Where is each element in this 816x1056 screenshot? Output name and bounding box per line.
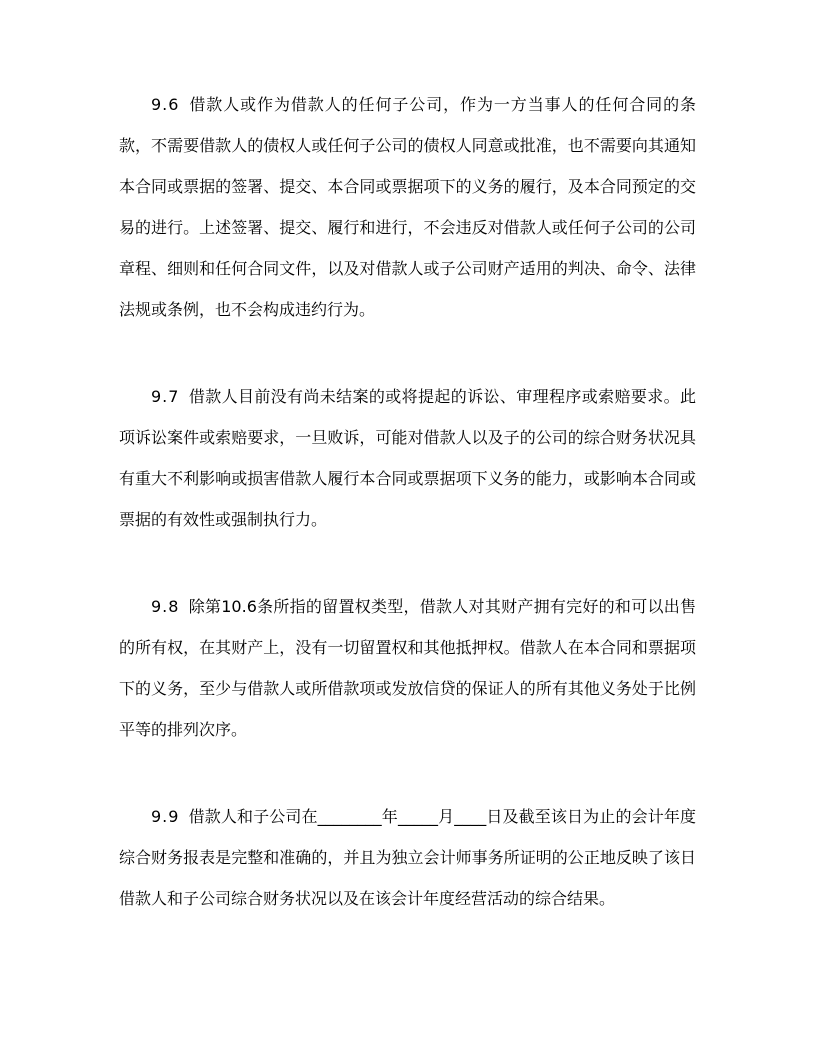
document-page: 9.6借款人或作为借款人的任何子公司，作为一方当事人的任何合同的条款，不需要借款…	[0, 0, 816, 1056]
clause-9-6: 9.6借款人或作为借款人的任何子公司，作为一方当事人的任何合同的条款，不需要借款…	[119, 84, 696, 330]
clause-9-9: 9.9借款人和子公司在________年_____月____日及截至该日为止的会…	[119, 796, 696, 919]
clause-text: 借款人或作为借款人的任何子公司，作为一方当事人的任何合同的条款，不需要借款人的债…	[119, 95, 696, 319]
clause-number: 9.6	[151, 95, 179, 114]
clause-text: 借款人目前没有尚未结案的或将提起的诉讼、审理程序或索赔要求。此项诉讼案件或索赔要…	[119, 387, 696, 529]
clause-text: 除第10.6条所指的留置权类型，借款人对其财产拥有完好的和可以出售的所有权，在其…	[119, 597, 696, 739]
clause-9-8: 9.8除第10.6条所指的留置权类型，借款人对其财产拥有完好的和可以出售的所有权…	[119, 586, 696, 750]
clause-text: 借款人和子公司在________年_____月____日及截至该日为止的会计年度…	[119, 807, 696, 908]
clause-number: 9.9	[151, 807, 179, 826]
clause-number: 9.8	[151, 597, 179, 616]
clause-number: 9.7	[151, 387, 179, 406]
clause-9-7: 9.7借款人目前没有尚未结案的或将提起的诉讼、审理程序或索赔要求。此项诉讼案件或…	[119, 376, 696, 540]
